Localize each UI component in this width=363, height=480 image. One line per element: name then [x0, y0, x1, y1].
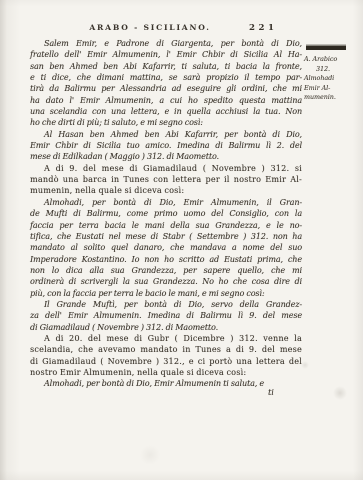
text-line: mandato al solito quel danaro, che manda… — [30, 242, 302, 253]
margin-note-line: Almohadi — [304, 74, 361, 84]
paragraph: Il Grande Muftì, per bontà di Dio, servo… — [30, 299, 302, 333]
text-line: Almohadi, per bontà di Dio, Emir Almumen… — [30, 378, 302, 389]
text-line: faccia per terra bacia le mani della sua… — [30, 220, 302, 231]
text-line: Almohadi, per bontà di Dio, Emir Almumen… — [30, 197, 302, 208]
text-line: Emir Chbir di Sicilia tuo amico. Imedina… — [30, 140, 302, 151]
text-line: non lo dica alla sua Grandezza, per sape… — [30, 265, 302, 276]
running-header: ARABO - SICILIANO. — [30, 23, 270, 32]
text-line: Il Grande Muftì, per bontà di Dio, servo… — [30, 299, 302, 310]
text-line: san ben Ahmed ben Abi Kafarrir, ti salut… — [30, 61, 302, 72]
text-line: di Giamadilaud ( Novembre ) 312., e ci p… — [30, 356, 302, 367]
text-line: Al Hasan ben Ahmed ben Abi Kafarrir, per… — [30, 129, 302, 140]
text-line: Salem Emir, e Padrone di Giargenta, per … — [30, 38, 302, 49]
paragraph: Al Hasan ben Ahmed ben Abi Kafarrir, per… — [30, 129, 302, 163]
paragraph: A di 20. del mese di Gubr ( Dicembre ) 3… — [30, 333, 302, 378]
text-line: una scelandia con una lettera, e in quel… — [30, 106, 302, 117]
scanned-book-page: ARABO - SICILIANO. 221 A. Arabico312.Alm… — [0, 0, 363, 480]
text-line: A di 20. del mese di Gubr ( Dicembre ) 3… — [30, 333, 302, 344]
catchword: ti — [268, 388, 274, 397]
margin-note: A. Arabico312.AlmohadiEmir Al-mumenin. — [304, 46, 361, 103]
text-line: tifica, che Eustati nel mese di Stabr ( … — [30, 231, 302, 242]
paragraph: Almohadi, per bontà di Dio, Emir Almumen… — [30, 197, 302, 299]
text-line: A di 9. del mese di Giamadilaud ( Novemb… — [30, 163, 302, 174]
text-line: mumenin, nella quale si diceva così: — [30, 185, 302, 196]
paragraph: A di 9. del mese di Giamadilaud ( Novemb… — [30, 163, 302, 197]
margin-note-line: A. Arabico — [304, 55, 361, 65]
text-line: mandò una barca in Tunes con lettera per… — [30, 174, 302, 185]
text-line: ha dato l' Emir Almumenin, a cui ho sped… — [30, 95, 302, 106]
text-line: de Mufti di Balirmu, come primo uomo del… — [30, 208, 302, 219]
body-text: Salem Emir, e Padrone di Giargenta, per … — [30, 38, 302, 390]
text-line: scelandia, che avevamo mandato in Tunes … — [30, 344, 302, 355]
text-line: fratello dell' Emir Almumenin, l' Emir C… — [30, 49, 302, 60]
text-line: mese di Edilkadan ( Maggio ) 312. di Mao… — [30, 151, 302, 162]
text-line: ho che dirti di più; ti saluto, e mi seg… — [30, 117, 302, 128]
page-number: 221 — [249, 23, 277, 33]
text-line: di Giamadilaud ( Novembre ) 312. di Maom… — [30, 322, 302, 333]
margin-note-line: mumenin. — [304, 93, 361, 103]
paragraph: Salem Emir, e Padrone di Giargenta, per … — [30, 38, 302, 129]
text-line: tirà da Balirmu per Alessandria ad esegu… — [30, 83, 302, 94]
text-line: nostro Emir Almumenin, nella quale si di… — [30, 367, 302, 378]
margin-note-line: Emir Al- — [304, 84, 361, 94]
paragraph: Almohadi, per bontà di Dio, Emir Almumen… — [30, 378, 302, 389]
margin-note-line: 312. — [304, 65, 361, 75]
text-line: più, con la faccia per terra le bacio le… — [30, 288, 302, 299]
margin-rule — [306, 46, 346, 50]
text-line: za dell' Emir Almumenin. Imedina di Bali… — [30, 310, 302, 321]
margin-note-lines: A. Arabico312.AlmohadiEmir Al-mumenin. — [304, 55, 361, 103]
text-line: Imperadore Kostantino. Io non ho scritto… — [30, 254, 302, 265]
text-line: ordinerà di scrivergli la sua Grandezza.… — [30, 276, 302, 287]
text-line: e ti dice, che dimani mattina, se sarà p… — [30, 72, 302, 83]
